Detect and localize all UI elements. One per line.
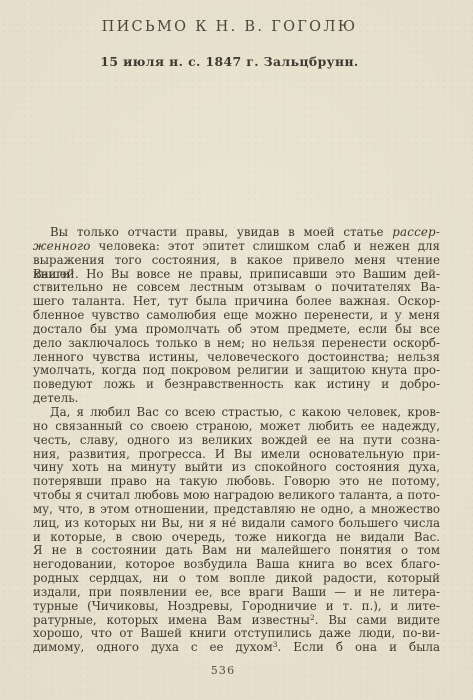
paragraph: Да, я любил Вас со всею страстью, с како…	[33, 406, 440, 655]
text-line: ствительно не совсем лестным отзывам о п…	[33, 281, 440, 295]
paragraph: Вы только отчасти правы, увидав в моей с…	[33, 226, 440, 406]
text-line: хорошо, что от Вашей книги отступились д…	[33, 627, 440, 641]
text-line: честь, славу, одного из великих вождей е…	[33, 434, 440, 448]
text-line: дело заключалось только в нем; но нельзя…	[33, 337, 440, 351]
text-line: ленного чувства истины, человеческого до…	[33, 351, 440, 365]
text-line: женного человека: этот эпитет слишком сл…	[33, 240, 440, 254]
text-line: чтобы я считал любовь мою наградою велик…	[33, 489, 440, 503]
text-line: ния, развития, прогресса. И Вы имели осн…	[33, 448, 440, 462]
text-line: издали, при появлении ее, все враги Ваши…	[33, 586, 440, 600]
text-line: книги1. Но Вы вовсе не правы, приписавши…	[33, 268, 440, 282]
page-number: 536	[0, 664, 446, 677]
text-line: шего таланта. Нет, тут была причина боле…	[33, 295, 440, 309]
text-line: Я не в состоянии дать Вам ни малейшего п…	[33, 544, 440, 558]
text-line: родных сердцах, ни о том вопле дикой рад…	[33, 572, 440, 586]
text-line: димому, одного духа с ее духом3. Если б …	[33, 641, 440, 655]
text-line: умолчать, когда под покровом религии и з…	[33, 364, 440, 378]
letter-body: Вы только отчасти правы, увидав в моей с…	[33, 226, 440, 655]
text-line: и которые, в свою очередь, тоже никогда …	[33, 531, 440, 545]
text-line: лиц, из которых ни Вы, ни я не́ видали с…	[33, 517, 440, 531]
text-line: детель.	[33, 392, 440, 406]
text-line: бленное чувство самолюбия еще можно пере…	[33, 309, 440, 323]
text-line: ратурные, которых имена Вам известны2. В…	[33, 614, 440, 628]
text-line: му, что, в этом отношении, представляю н…	[33, 503, 440, 517]
book-page: ПИСЬМО К Н. В. ГОГОЛЮ 15 июля н. с. 1847…	[0, 0, 473, 700]
text-line: потерявши право на такую любовь. Говорю …	[33, 475, 440, 489]
text-line: негодовании, которое возбудила Ваша книг…	[33, 558, 440, 572]
text-line: Вы только отчасти правы, увидав в моей с…	[33, 226, 440, 240]
text-line: но связанный со своею страною, может люб…	[33, 420, 440, 434]
text-line: поведуют ложь и безнравственность как ис…	[33, 378, 440, 392]
text-line: Да, я любил Вас со всею страстью, с како…	[33, 406, 440, 420]
text-line: чину хоть на минуту выйти из спокойного …	[33, 461, 440, 475]
text-line: выражения того состояния, в какое привел…	[33, 254, 440, 268]
page-title: ПИСЬМО К Н. В. ГОГОЛЮ	[0, 19, 459, 35]
text-line: достало бы ума промолчать об этом предме…	[33, 323, 440, 337]
text-line: турные (Чичиковы, Ноздревы, Городничие и…	[33, 600, 440, 614]
dateline: 15 июля н. с. 1847 г. Зальцбрунн.	[0, 54, 459, 69]
